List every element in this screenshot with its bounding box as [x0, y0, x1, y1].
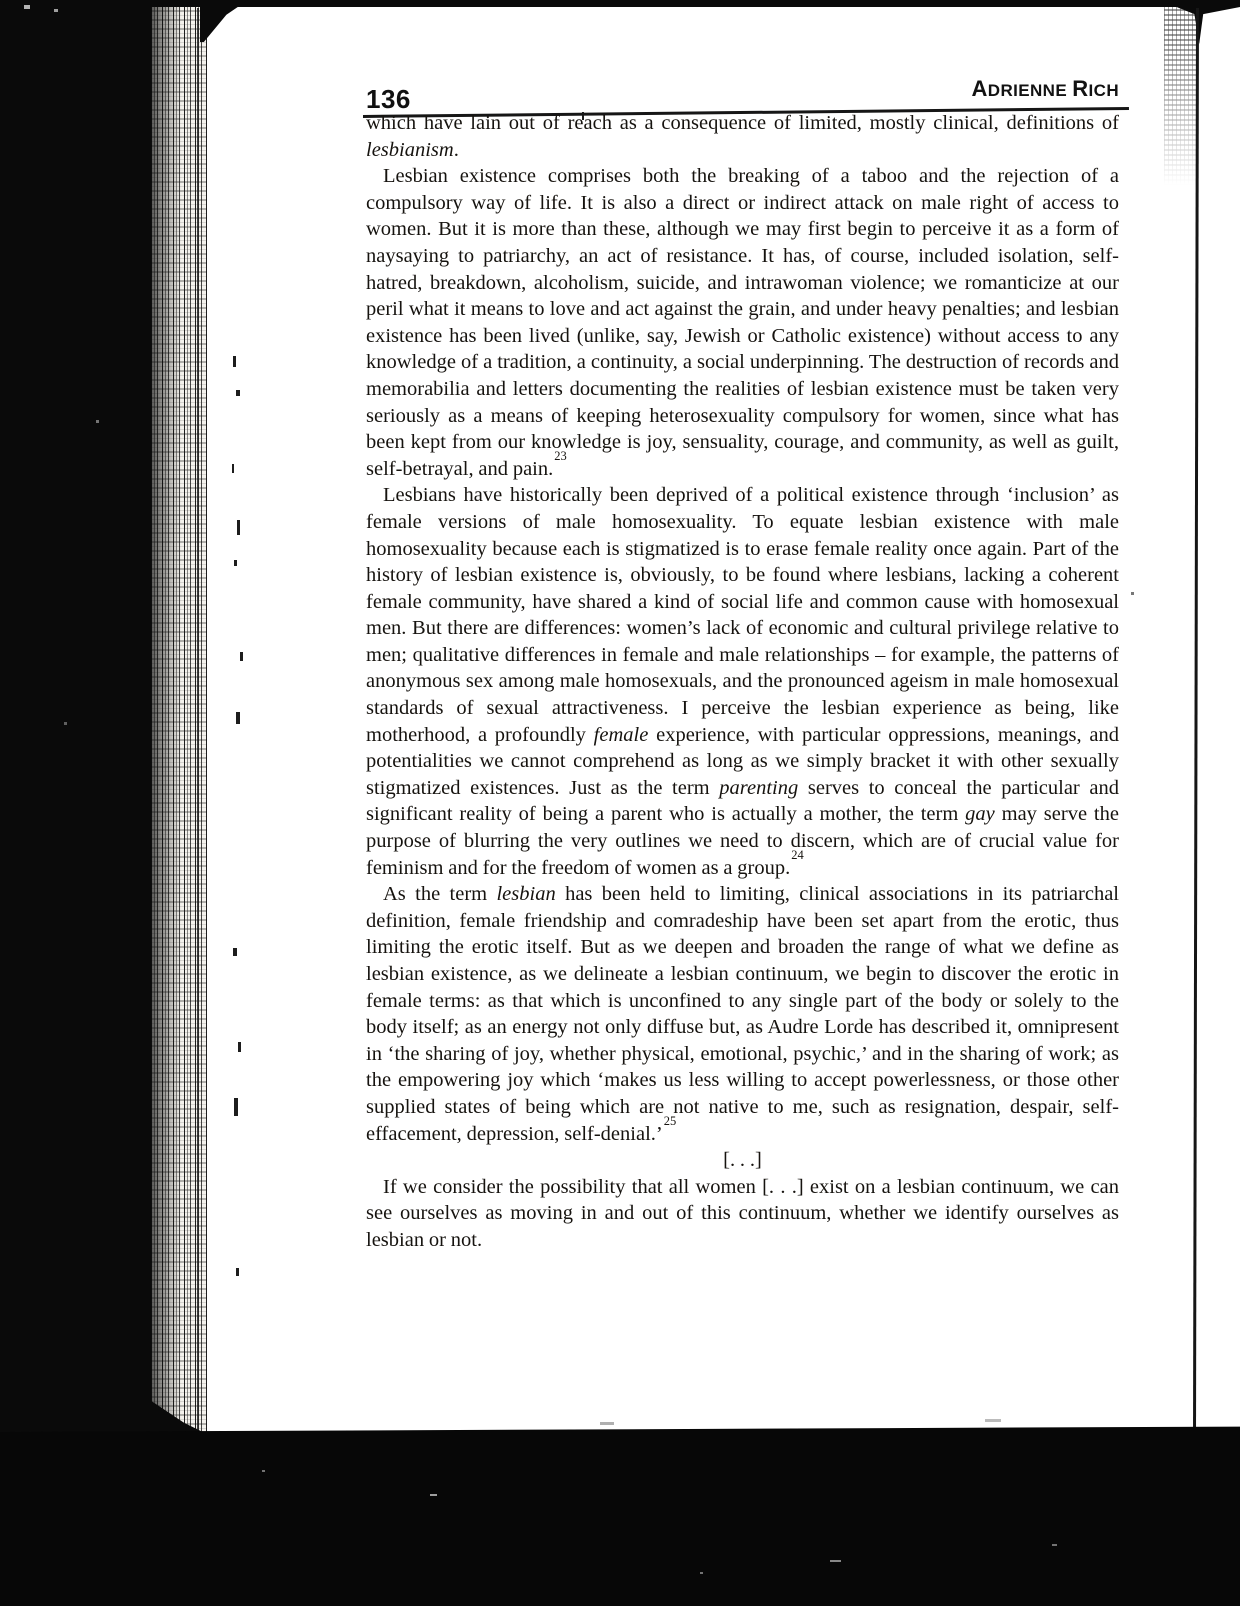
ellipsis-separator: [. . .] [366, 1147, 1119, 1174]
scan-speck [237, 520, 240, 535]
body-paragraph: As the term lesbian has been held to lim… [366, 881, 1119, 1147]
scan-speck [1052, 1544, 1057, 1546]
scan-speck [233, 356, 236, 367]
scan-speck [236, 390, 240, 396]
scan-speck [262, 1470, 265, 1472]
scan-speck [64, 722, 67, 725]
scan-speck [240, 652, 243, 661]
scan-speck [238, 1042, 241, 1052]
scan-speck [233, 948, 237, 956]
scan-speck [54, 9, 58, 12]
scan-speck [24, 5, 30, 9]
body-paragraph: If we consider the possibility that all … [366, 1174, 1119, 1254]
scan-bottom-black-border [0, 1427, 1240, 1606]
scan-top-black-strip [0, 0, 1240, 7]
scan-left-black-border [0, 0, 153, 1606]
footnote-reference: 24 [791, 848, 804, 862]
scan-speck [236, 712, 240, 724]
scan-speck [234, 1098, 238, 1116]
footnote-reference: 25 [664, 1114, 677, 1128]
page-gutter-line-right [1193, 8, 1199, 1436]
body-paragraph: which have lain out of reach as a conseq… [366, 110, 1119, 163]
scan-speck [700, 1572, 703, 1574]
footnote-reference: 23 [554, 449, 567, 463]
author-name: ADRIENNE RICH [366, 76, 1119, 102]
scan-speck [236, 1268, 239, 1276]
scan-speck [232, 464, 234, 473]
body-paragraph: Lesbians have historically been deprived… [366, 482, 1119, 881]
page-edge-line [197, 8, 199, 1438]
scan-speck [985, 1419, 1001, 1422]
body-paragraph: Lesbian existence comprises both the bre… [366, 163, 1119, 482]
page-text: which have lain out of reach as a conseq… [366, 110, 1119, 1254]
scan-speck [234, 560, 237, 566]
scan-speck [430, 1494, 437, 1496]
scan-speck [1131, 592, 1134, 595]
scan-speck [600, 1422, 614, 1425]
scan-speck [96, 420, 99, 423]
scan-speckle-top-right [1164, 6, 1196, 186]
scan-speck [830, 1560, 841, 1562]
